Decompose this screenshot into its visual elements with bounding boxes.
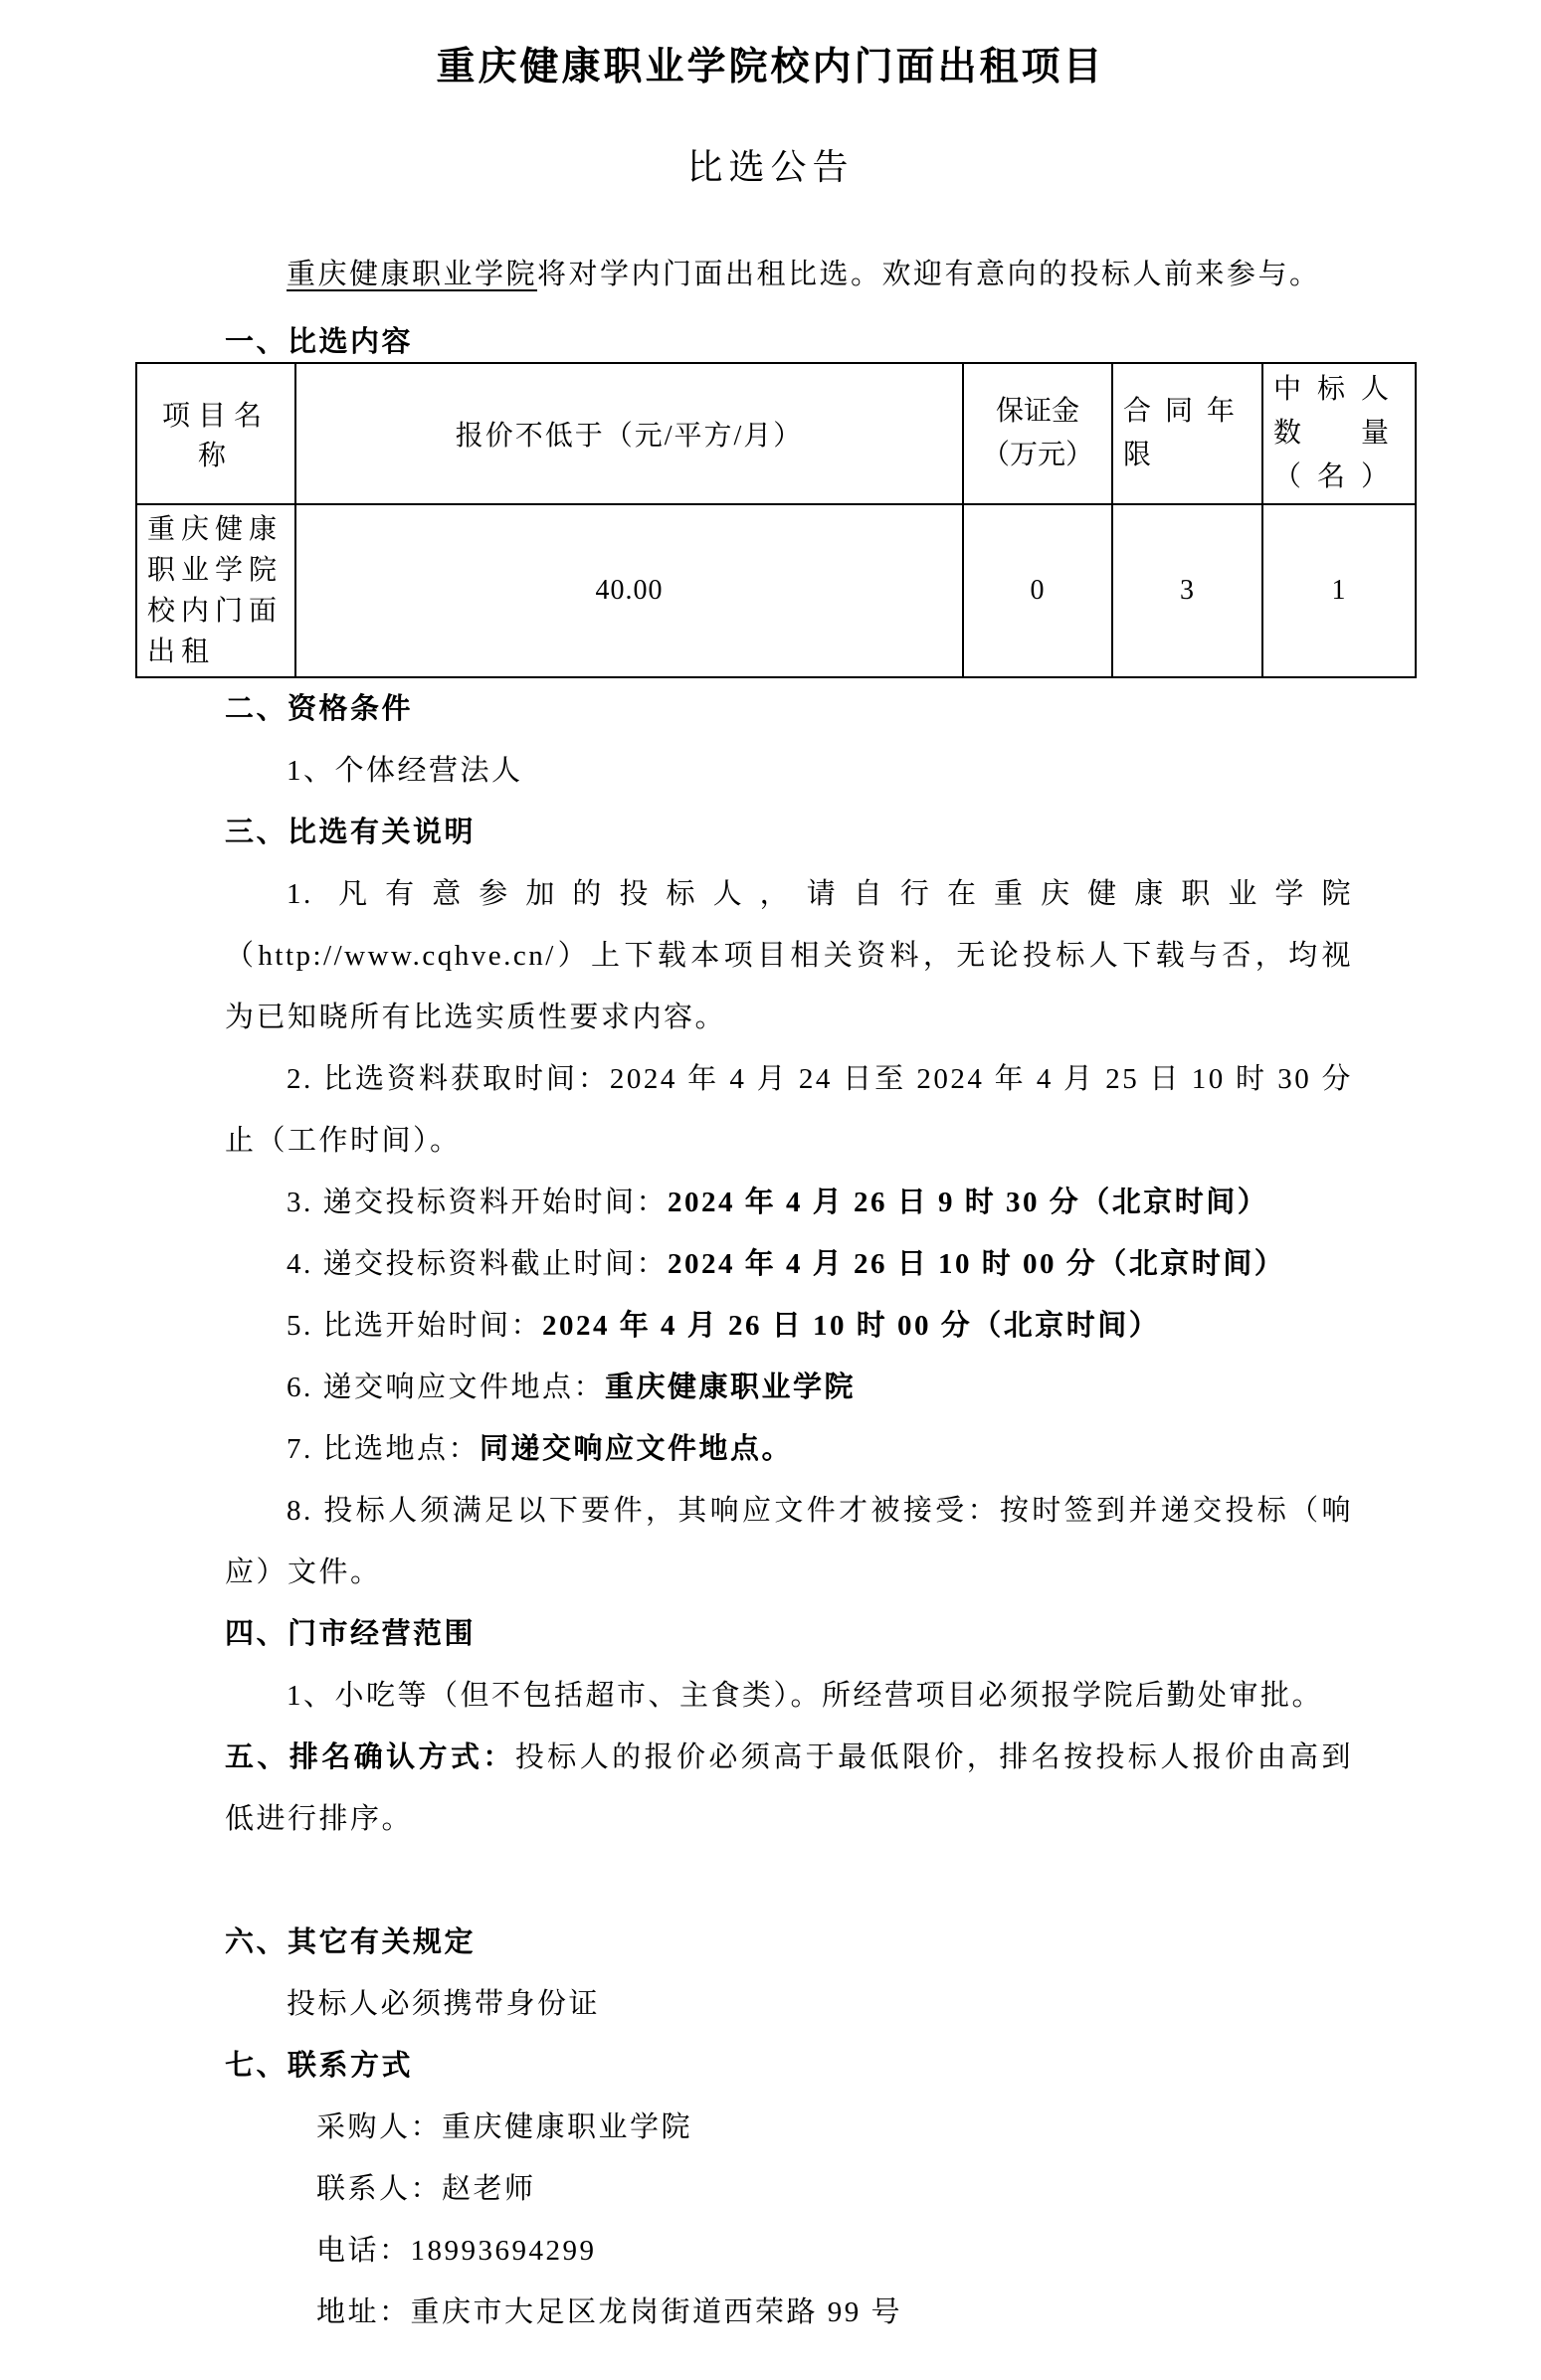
section5-paragraph: 五、排名确认方式：投标人的报价必须高于最低限价，排名按投标人报价由高到 低进行排… <box>225 1727 1353 1850</box>
intro-underlined-org-name: 重庆健康职业学院 <box>287 259 537 290</box>
section3-item1-line2: （http://www.cqhve.cn/）上下载本项目相关资料，无论投标人下载… <box>225 925 1353 987</box>
item3-datetime: 2024 年 4 月 26 日 9 时 30 分（北京时间） <box>668 1187 1268 1218</box>
title-block: 重庆健康职业学院校内门面出租项目 比选公告 <box>0 0 1541 191</box>
cell-winner-count: 1 <box>1262 504 1416 677</box>
col-header-contract-years: 合同年 限 <box>1112 363 1262 504</box>
section3-item1-line3: 为已知晓所有比选实质性要求内容。 <box>225 987 1353 1048</box>
cell-min-price: 40.00 <box>295 504 963 677</box>
section3-item5: 5. 比选开始时间：2024 年 4 月 26 日 10 时 00 分（北京时间… <box>225 1295 1353 1357</box>
intro-paragraph: 重庆健康职业学院将对学内门面出租比选。欢迎有意向的投标人前来参与。 <box>225 253 1353 296</box>
section4-heading: 四、门市经营范围 <box>225 1603 1353 1665</box>
col-header-min-price: 报价不低于（元/平方/月） <box>295 363 963 504</box>
section2-heading: 二、资格条件 <box>225 678 1353 740</box>
section3-item6: 6. 递交响应文件地点：重庆健康职业学院 <box>225 1357 1353 1418</box>
section3-heading: 三、比选有关说明 <box>225 802 1353 863</box>
intro-text: 将对学内门面出租比选。欢迎有意向的投标人前来参与。 <box>537 259 1321 290</box>
item7-location: 同递交响应文件地点。 <box>480 1433 793 1465</box>
contact-purchaser: 采购人：重庆健康职业学院 <box>225 2097 1353 2158</box>
col-header-winner-count: 中标人 数 量 （名） <box>1262 363 1416 504</box>
section3-item7: 7. 比选地点：同递交响应文件地点。 <box>225 1418 1353 1480</box>
section3-item8-line2: 应）文件。 <box>225 1542 1353 1603</box>
item3-label: 3. 递交投标资料开始时间： <box>287 1187 668 1218</box>
document-title: 重庆健康职业学院校内门面出租项目 <box>0 0 1541 93</box>
cell-project-name: 重庆健康 职业学院 校内门面 出租 <box>136 504 295 677</box>
section5-heading-inline: 五、排名确认方式： <box>225 1741 515 1773</box>
section6-item: 投标人必须携带身份证 <box>225 1973 1353 2035</box>
blank-line <box>225 1850 1353 1912</box>
document-page: 重庆健康职业学院校内门面出租项目 比选公告 重庆健康职业学院将对学内门面出租比选… <box>0 0 1541 2380</box>
col-header-deposit: 保证金 （万元） <box>963 363 1112 504</box>
section3-item8: 8. 投标人须满足以下要件，其响应文件才被接受：按时签到并递交投标（响 应）文件… <box>225 1480 1353 1603</box>
table-row: 重庆健康 职业学院 校内门面 出租 40.00 0 3 1 <box>136 504 1416 677</box>
section1-heading: 一、比选内容 <box>225 322 1353 362</box>
document-content: 重庆健康职业学院校内门面出租项目 比选公告 重庆健康职业学院将对学内门面出租比选… <box>0 0 1541 2343</box>
section3-item2-line2: 止（工作时间）。 <box>225 1110 1353 1172</box>
section3-item1: 1. 凡有意参加的投标人，请自行在重庆健康职业学院 （http://www.cq… <box>225 863 1353 1048</box>
cell-deposit: 0 <box>963 504 1112 677</box>
section4-item: 1、小吃等（但不包括超市、主食类）。所经营项目必须报学院后勤处审批。 <box>225 1665 1353 1727</box>
section3-item8-line1: 8. 投标人须满足以下要件，其响应文件才被接受：按时签到并递交投标（响 <box>225 1480 1353 1542</box>
section3-item3: 3. 递交投标资料开始时间：2024 年 4 月 26 日 9 时 30 分（北… <box>225 1172 1353 1233</box>
bid-content-table: 项目名称 报价不低于（元/平方/月） 保证金 （万元） 合同年 限 中标人 数 … <box>135 362 1417 678</box>
section3-item4: 4. 递交投标资料截止时间：2024 年 4 月 26 日 10 时 00 分（… <box>225 1233 1353 1295</box>
section6-heading: 六、其它有关规定 <box>225 1912 1353 1973</box>
contact-phone: 电话：18993694299 <box>225 2220 1353 2282</box>
item6-location: 重庆健康职业学院 <box>605 1372 856 1403</box>
section3-item2-line1: 2. 比选资料获取时间：2024 年 4 月 24 日至 2024 年 4 月 … <box>225 1048 1353 1110</box>
section7-heading: 七、联系方式 <box>225 2035 1353 2097</box>
item4-label: 4. 递交投标资料截止时间： <box>287 1248 668 1280</box>
section5-line2: 低进行排序。 <box>225 1788 1353 1850</box>
section5-text1: 投标人的报价必须高于最低限价，排名按投标人报价由高到 <box>515 1741 1353 1773</box>
document-subtitle: 比选公告 <box>0 143 1541 191</box>
section3-item2: 2. 比选资料获取时间：2024 年 4 月 24 日至 2024 年 4 月 … <box>225 1048 1353 1172</box>
cell-contract-years: 3 <box>1112 504 1262 677</box>
item5-datetime: 2024 年 4 月 26 日 10 时 00 分（北京时间） <box>542 1310 1160 1342</box>
item6-label: 6. 递交响应文件地点： <box>287 1372 605 1403</box>
item7-label: 7. 比选地点： <box>287 1433 480 1465</box>
section5-line1: 五、排名确认方式：投标人的报价必须高于最低限价，排名按投标人报价由高到 <box>225 1727 1353 1788</box>
col-header-project-name: 项目名称 <box>136 363 295 504</box>
item5-label: 5. 比选开始时间： <box>287 1310 542 1342</box>
item4-datetime: 2024 年 4 月 26 日 10 时 00 分（北京时间） <box>668 1248 1285 1280</box>
table-header-row: 项目名称 报价不低于（元/平方/月） 保证金 （万元） 合同年 限 中标人 数 … <box>136 363 1416 504</box>
contact-address: 地址：重庆市大足区龙岗街道西荣路 99 号 <box>225 2282 1353 2343</box>
section3-item1-line1: 1. 凡有意参加的投标人，请自行在重庆健康职业学院 <box>225 863 1353 925</box>
contact-person: 联系人：赵老师 <box>225 2158 1353 2220</box>
section2-item: 1、个体经营法人 <box>225 740 1353 802</box>
